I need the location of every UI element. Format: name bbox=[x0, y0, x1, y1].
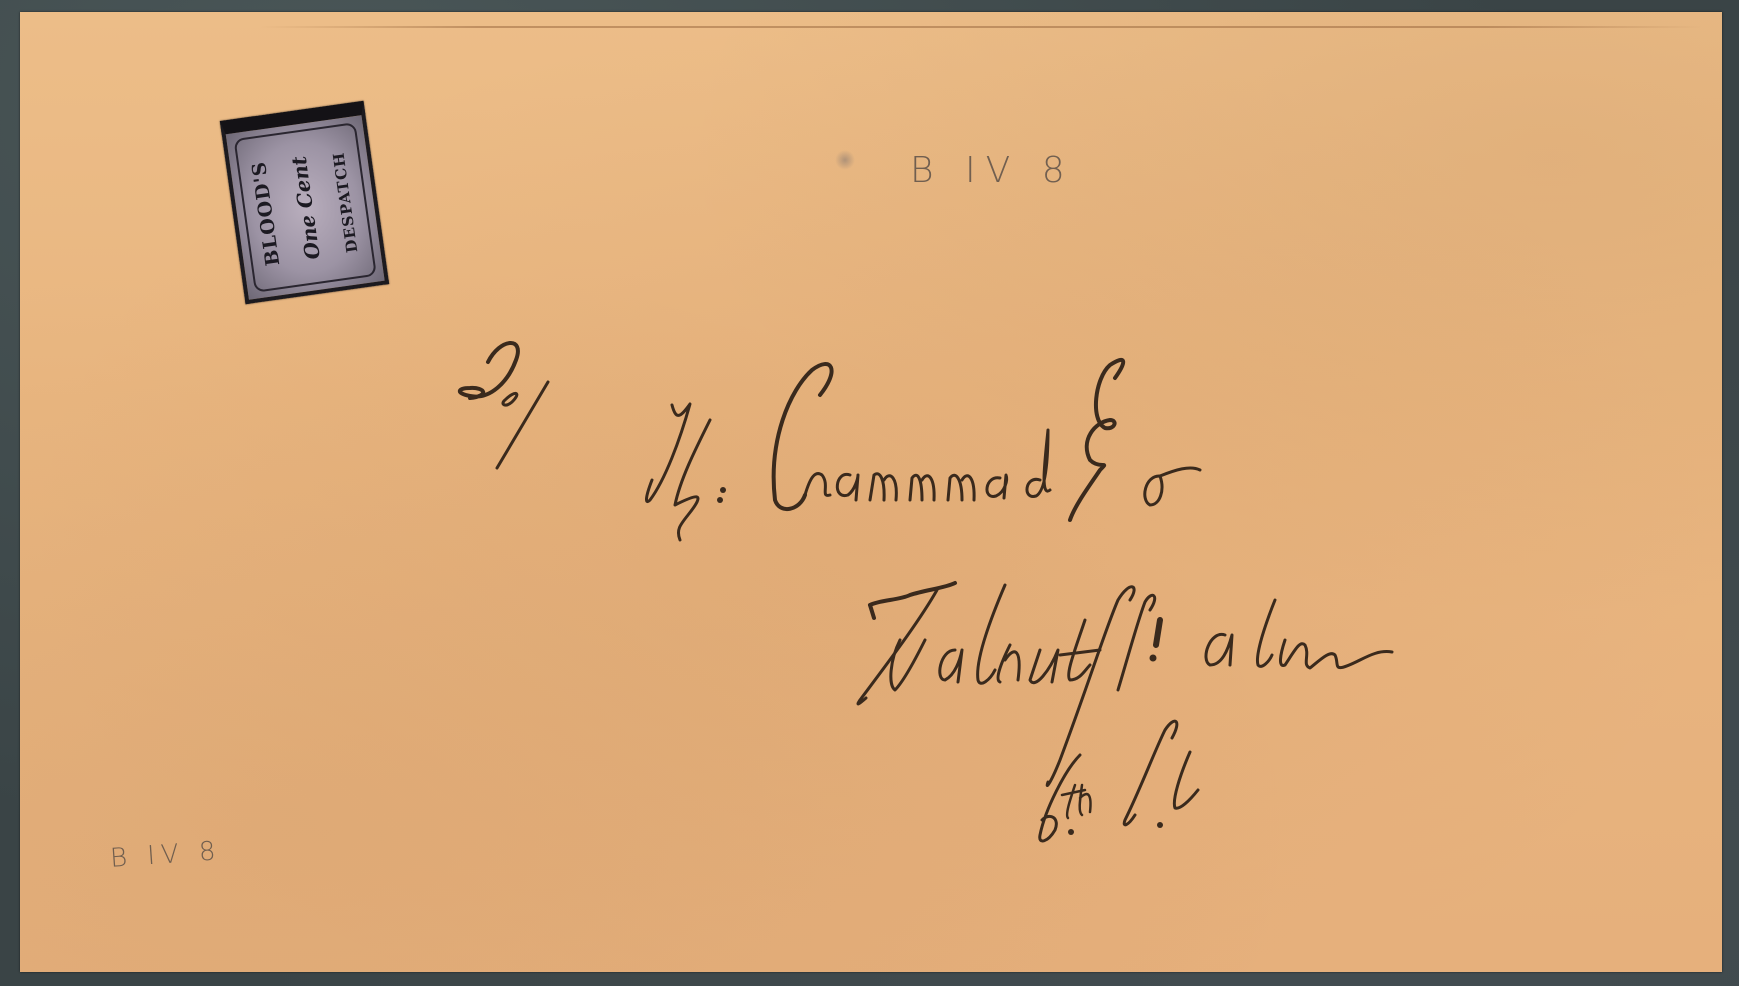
handwriting-6th bbox=[1040, 755, 1091, 841]
handwriting-crammond bbox=[774, 364, 1050, 509]
handwriting-h bbox=[646, 404, 726, 540]
handwriting-to bbox=[460, 343, 548, 468]
handwriting-above bbox=[1206, 600, 1392, 668]
handwriting-st-2 bbox=[1124, 721, 1198, 828]
handwritten-address bbox=[0, 0, 1739, 986]
handwriting-walnut bbox=[858, 583, 1100, 704]
handwriting-esq bbox=[1070, 360, 1200, 520]
handwriting-st bbox=[1047, 587, 1160, 786]
